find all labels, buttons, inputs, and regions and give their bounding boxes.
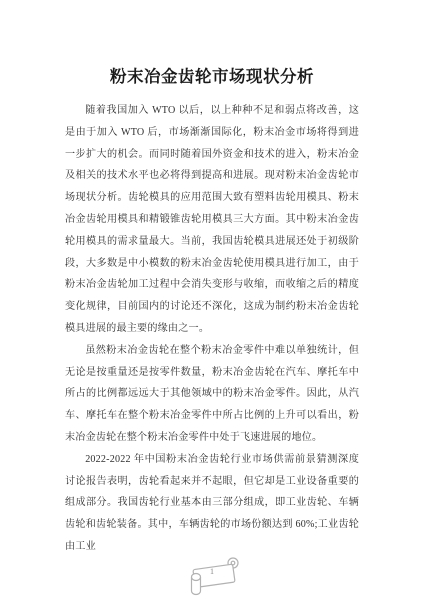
paragraph-2: 虽然粉末冶金齿轮在整个粉末冶金零件中难以单独统计，但无论是按重量还是按零件数量，… [65,340,359,449]
paragraph-1: 随着我国加入 WTO 以后，以上种种不足和弱点将改善，这是由于加入 WTO 后，… [65,100,359,340]
document-title: 粉末冶金齿轮市场现状分析 [0,63,424,87]
document-body: 随着我国加入 WTO 以后，以上种种不足和弱点将改善，这是由于加入 WTO 后，… [65,100,359,558]
page-number: 1 [183,567,241,576]
page-footer: 1 [0,552,424,598]
document-page: 粉末冶金齿轮市场现状分析 随着我国加入 WTO 以后，以上种种不足和弱点将改善，… [0,0,424,600]
page-number-scroll-icon: 1 [183,552,241,598]
paragraph-3: 2022-2022 年中国粉末冶金齿轮行业市场供需前景猜测深度讨论报告表明，齿轮… [65,449,359,558]
